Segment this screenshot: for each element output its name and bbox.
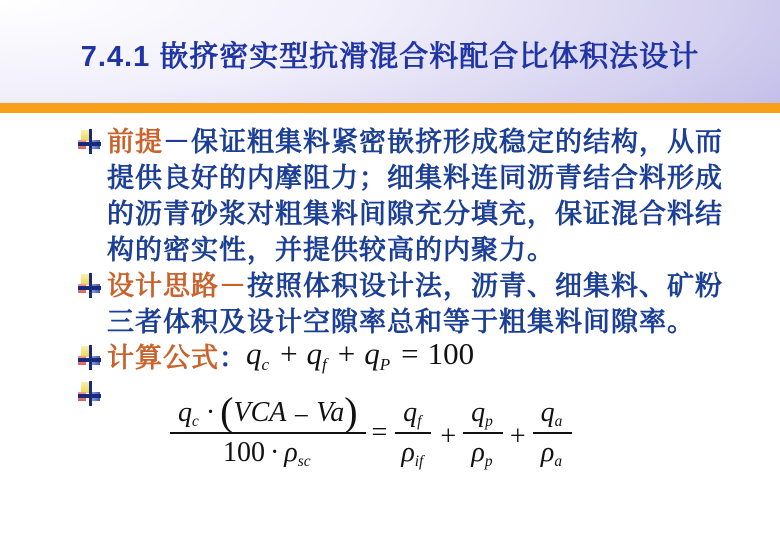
fraction-denominator: ρp [463, 434, 502, 469]
bullet-text: 前提－保证粗集料紧密嵌挤形成稳定的结构，从而提供良好的内摩阻力；细集料连同沥青结… [78, 124, 750, 268]
bullet-text: 设计思路－按照体积设计法，沥青、细集料、矿粉三者体积及设计空隙率总和等于粗集料间… [78, 268, 750, 340]
fraction-denominator: 100·ρsc [215, 434, 321, 469]
var-q: q [246, 336, 262, 371]
sub-c: c [192, 413, 199, 430]
open-paren: ( [220, 389, 233, 434]
bullet-item-premise: 前提－保证粗集料紧密嵌挤形成稳定的结构，从而提供良好的内摩阻力；细集料连同沥青结… [78, 124, 750, 268]
var-q: q [541, 397, 555, 428]
formula-volume-balance: qc·(VCA−Va) 100·ρsc = qf ρif + qp ρp + q… [170, 392, 572, 474]
divider-bar [0, 103, 780, 113]
fraction-denominator: ρa [533, 434, 572, 469]
var-rho: ρ [401, 437, 414, 468]
var-Va: Va [316, 397, 344, 428]
plus-operator: + [280, 336, 297, 371]
minus-operator: − [293, 401, 309, 432]
fraction-numerator: qf [395, 397, 431, 434]
fraction-denominator: ρif [393, 434, 433, 469]
sub-p: p [485, 413, 493, 430]
sub-c: c [262, 355, 270, 374]
plus-operator: + [440, 421, 456, 453]
slide-header: 7.4.1 嵌挤密实型抗滑混合料配合比体积法设计 [0, 0, 780, 103]
close-paren: ) [344, 389, 357, 434]
sub-f: f [322, 355, 327, 374]
bullet-keyword: 设计思路－ [107, 271, 247, 301]
sub-P: P [380, 355, 390, 374]
bullet-colon: ： [219, 343, 247, 373]
fraction-numerator: qp [463, 397, 503, 434]
fraction-numerator: qa [533, 397, 573, 434]
fraction-lhs: qc·(VCA−Va) 100·ρsc [170, 397, 366, 469]
var-q: q [178, 397, 192, 428]
equals-sign: = [401, 336, 418, 371]
plus-operator: + [510, 421, 526, 453]
fraction-asphalt: qa ρa [533, 397, 573, 469]
sub-f: f [417, 413, 421, 430]
fraction-fine-aggregate: qf ρif [393, 397, 433, 469]
plus-operator: + [338, 336, 355, 371]
dot-operator: · [270, 437, 279, 468]
sub-if: if [415, 453, 424, 470]
bullet-marker-icon [78, 381, 101, 407]
sub-sc: sc [298, 453, 311, 470]
fraction-numerator: qc·(VCA−Va) [170, 397, 366, 434]
value-100: 100 [428, 336, 475, 371]
var-q: q [471, 397, 485, 428]
var-rho: ρ [284, 437, 297, 468]
bullet-marker-icon [78, 345, 101, 371]
bullet-marker-icon [78, 273, 101, 299]
bullet-keyword: 前提 [107, 127, 163, 157]
sub-p: p [485, 453, 493, 470]
value-100: 100 [223, 437, 265, 468]
slide-title: 7.4.1 嵌挤密实型抗滑混合料配合比体积法设计 [0, 34, 780, 75]
var-q: q [307, 336, 323, 371]
formula-mass-sum: qc+qf+qP=100 [246, 336, 474, 372]
var-rho: ρ [541, 437, 554, 468]
bullet-body-text: －保证粗集料紧密嵌挤形成稳定的结构，从而提供良好的内摩阻力；细集料连同沥青结合料… [107, 127, 723, 265]
sub-a: a [554, 453, 562, 470]
var-q: q [364, 336, 380, 371]
var-rho: ρ [471, 437, 484, 468]
var-VCA: VCA [234, 397, 287, 428]
bullet-item-design-idea: 设计思路－按照体积设计法，沥青、细集料、矿粉三者体积及设计空隙率总和等于粗集料间… [78, 268, 750, 340]
slide: 7.4.1 嵌挤密实型抗滑混合料配合比体积法设计 前提－保证粗集料紧密嵌挤形成稳… [0, 0, 780, 540]
fraction-mineral-powder: qp ρp [463, 397, 503, 469]
dot-operator: · [206, 397, 215, 428]
equals-sign: = [372, 417, 388, 449]
bullet-keyword: 计算公式 [107, 343, 219, 373]
sub-a: a [555, 413, 563, 430]
bullet-marker-icon [78, 129, 101, 155]
var-q: q [403, 397, 417, 428]
